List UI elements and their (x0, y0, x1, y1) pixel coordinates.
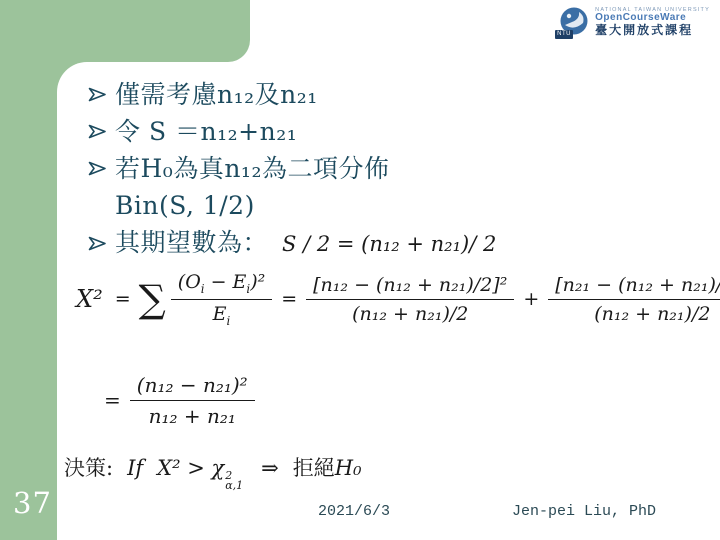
h0-hypothesis: H₀ (335, 456, 362, 480)
slide: NTU National Taiwan University OpenCours… (0, 0, 720, 540)
ntu-badge: NTU (555, 30, 573, 39)
decision-rule: 決策: If X² > χ 2 α,1 ⇒ 拒絕 H₀ (64, 452, 361, 487)
bullet-item-3-continuation: Bin(S, 1/2) (88, 187, 496, 224)
bullet-arrow-icon (88, 160, 115, 177)
bullet-list: 僅需考慮n₁₂及n₂₁ 令 S ＝n₁₂+n₂₁ 若H₀為真n₁₂為二項分佈 B… (88, 76, 496, 263)
x-squared: X² (76, 285, 103, 313)
fraction-numerator: [n₂₁ − (n₁₂ + n₂₁)/2]² (548, 273, 720, 300)
bullet-item-1: 僅需考慮n₁₂及n₂₁ (88, 76, 496, 113)
chi-subscript: α,1 (225, 481, 243, 491)
reject-text: 拒絕 (293, 452, 335, 482)
bullet-arrow-icon (88, 86, 115, 103)
ntu-ocw-logo: NTU National Taiwan University OpenCours… (558, 6, 710, 38)
green-left-strip (0, 0, 57, 540)
fraction-simplified: (n₁₂ − n₂₁)² n₁₂ + n₂₁ (130, 372, 255, 428)
ntu-emblem-icon: NTU (558, 6, 590, 38)
bullet-item-3: 若H₀為真n₁₂為二項分佈 (88, 150, 496, 187)
bullet-item-2: 令 S ＝n₁₂+n₂₁ (88, 113, 496, 150)
bullet-item-4: 其期望數為： S / 2 = (n₁₂ + n₂₁)/ 2 (88, 224, 496, 263)
green-top-block (0, 0, 250, 62)
plus-sign: + (523, 288, 539, 310)
chi-square-formula-line-1: X² = ∑ (Oi − Ei)² Ei = [n₁₂ − (n₁₂ + n₂₁… (76, 270, 720, 328)
condition-expression: X² > χ (157, 456, 224, 480)
fraction-denominator: Ei (213, 300, 231, 328)
fraction-numerator: (n₁₂ − n₂₁)² (130, 372, 255, 401)
chi-square-formula-line-2: = (n₁₂ − n₂₁)² n₁₂ + n₂₁ (98, 372, 258, 428)
fraction-denominator: n₁₂ + n₂₁ (149, 401, 236, 428)
chi-square-alpha-subscript: 2 α,1 (225, 471, 243, 491)
fraction-observed-expected: (Oi − Ei)² Ei (171, 270, 272, 328)
fraction-denominator: (n₁₂ + n₂₁)/2 (594, 300, 710, 325)
logo-text: National Taiwan University OpenCourseWar… (595, 8, 710, 37)
expected-value-formula: S / 2 = (n₁₂ + n₂₁)/ 2 (282, 226, 496, 263)
footer-author: Jen-pei Liu, PhD (512, 503, 656, 520)
equals-sign: = (281, 288, 297, 310)
bullet-3-text: 若H₀為真n₁₂為二項分佈 (115, 150, 389, 187)
bullet-arrow-icon (88, 123, 115, 140)
logo-chinese-title: 臺大開放式課程 (595, 24, 710, 37)
equals-sign: = (115, 288, 131, 310)
bullet-4-text: 其期望數為： (115, 224, 268, 261)
equals-sign: = (104, 388, 121, 412)
bullet-3b-text: Bin(S, 1/2) (115, 187, 255, 224)
bullet-1-text: 僅需考慮n₁₂及n₂₁ (115, 76, 318, 113)
page-number: 37 (13, 486, 52, 520)
fraction-numerator: (Oi − Ei)² (171, 270, 272, 300)
footer-date: 2021/6/3 (318, 503, 390, 520)
if-word: If (127, 456, 143, 480)
implies-arrow: ⇒ (261, 456, 279, 480)
bullet-2-text: 令 S ＝n₁₂+n₂₁ (115, 113, 297, 150)
sigma-summation: ∑ (139, 280, 166, 318)
bullet-arrow-icon (88, 235, 115, 252)
decision-label: 決策: (64, 452, 113, 482)
fraction-term-n21: [n₂₁ − (n₁₂ + n₂₁)/2]² (n₁₂ + n₂₁)/2 (548, 273, 720, 325)
fraction-numerator: [n₁₂ − (n₁₂ + n₂₁)/2]² (306, 273, 514, 300)
fraction-denominator: (n₁₂ + n₂₁)/2 (352, 300, 468, 325)
fraction-term-n12: [n₁₂ − (n₁₂ + n₂₁)/2]² (n₁₂ + n₂₁)/2 (306, 273, 514, 325)
